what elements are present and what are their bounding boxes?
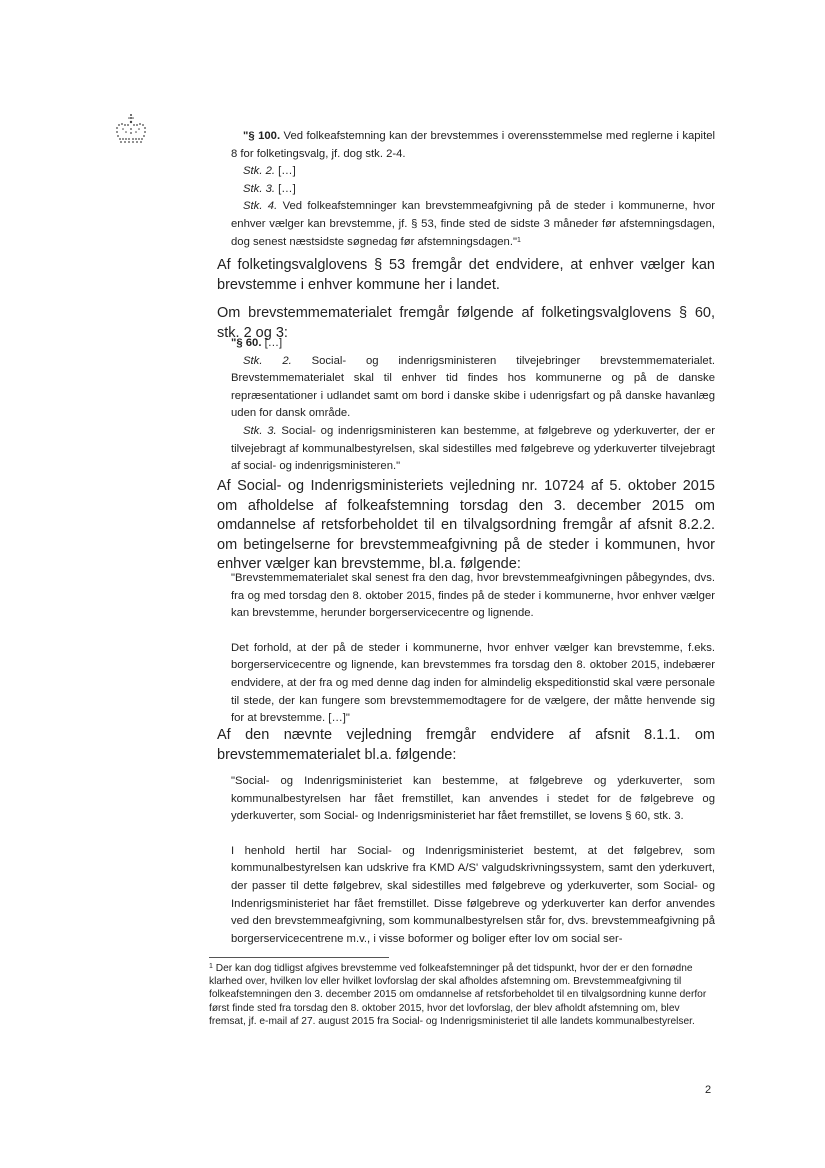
footnote-text: Der kan dog tidligst afgives brevstemme … — [209, 963, 706, 1027]
footnote-number: 1 — [209, 963, 213, 970]
stk-label: Stk. 2. — [243, 355, 292, 367]
footnote: 1 Der kan dog tidligst afgives brevstemm… — [209, 962, 719, 1028]
footnote-ref[interactable]: 1 — [517, 237, 521, 244]
paragraph-3: Af Social- og Indenrigsministeriets vejl… — [217, 477, 715, 575]
quote-text: Det forhold, at der på de steder i kommu… — [231, 640, 715, 728]
stk-label: Stk. 4. — [243, 200, 277, 212]
section-label: "§ 60. — [231, 337, 261, 349]
quote-text: […] — [261, 337, 282, 349]
body-paragraph: Af den nævnte vejledning fremgår endvide… — [217, 726, 715, 765]
quote-text: Ved folkeafstemninger kan brevstemmeafgi… — [231, 200, 715, 247]
quote-text: "Brevstemmematerialet skal senest fra de… — [231, 570, 715, 623]
quote-text: "Social- og Indenrigsministeriet kan bes… — [231, 773, 715, 826]
stk-label: Stk. 3. — [243, 183, 275, 195]
quote-guidance-811: "Social- og Indenrigsministeriet kan bes… — [231, 773, 715, 948]
paragraph-4: Af den nævnte vejledning fremgår endvide… — [217, 726, 715, 765]
footnote-divider — [209, 957, 389, 958]
paragraph-1: Af folketingsvalglovens § 53 fremgår det… — [217, 256, 715, 295]
quote-text: […] — [275, 165, 296, 177]
quote-text: Social- og indenrigsministeren tilvejebr… — [231, 355, 715, 420]
quote-section-60: "§ 60. […] Stk. 2. Social- og indenrigsm… — [231, 335, 715, 476]
quote-text: I henhold hertil har Social- og Indenrig… — [231, 843, 715, 949]
crown-icon — [113, 113, 149, 149]
body-paragraph: Af folketingsvalglovens § 53 fremgår det… — [217, 256, 715, 295]
quote-text: Social- og indenrigsministeren kan beste… — [231, 425, 715, 472]
quote-guidance-822: "Brevstemmematerialet skal senest fra de… — [231, 570, 715, 728]
section-label: "§ 100. — [243, 130, 280, 142]
page-number: 2 — [705, 1084, 711, 1096]
stk-label: Stk. 3. — [243, 425, 277, 437]
quote-text: […] — [275, 183, 296, 195]
body-paragraph: Af Social- og Indenrigsministeriets vejl… — [217, 477, 715, 575]
quote-text: Ved folkeafstemning kan der brevstemmes … — [231, 130, 715, 160]
stk-label: Stk. 2. — [243, 165, 275, 177]
quote-section-100: "§ 100. Ved folkeafstemning kan der brev… — [231, 128, 715, 251]
document-page: "§ 100. Ved folkeafstemning kan der brev… — [0, 0, 825, 1168]
